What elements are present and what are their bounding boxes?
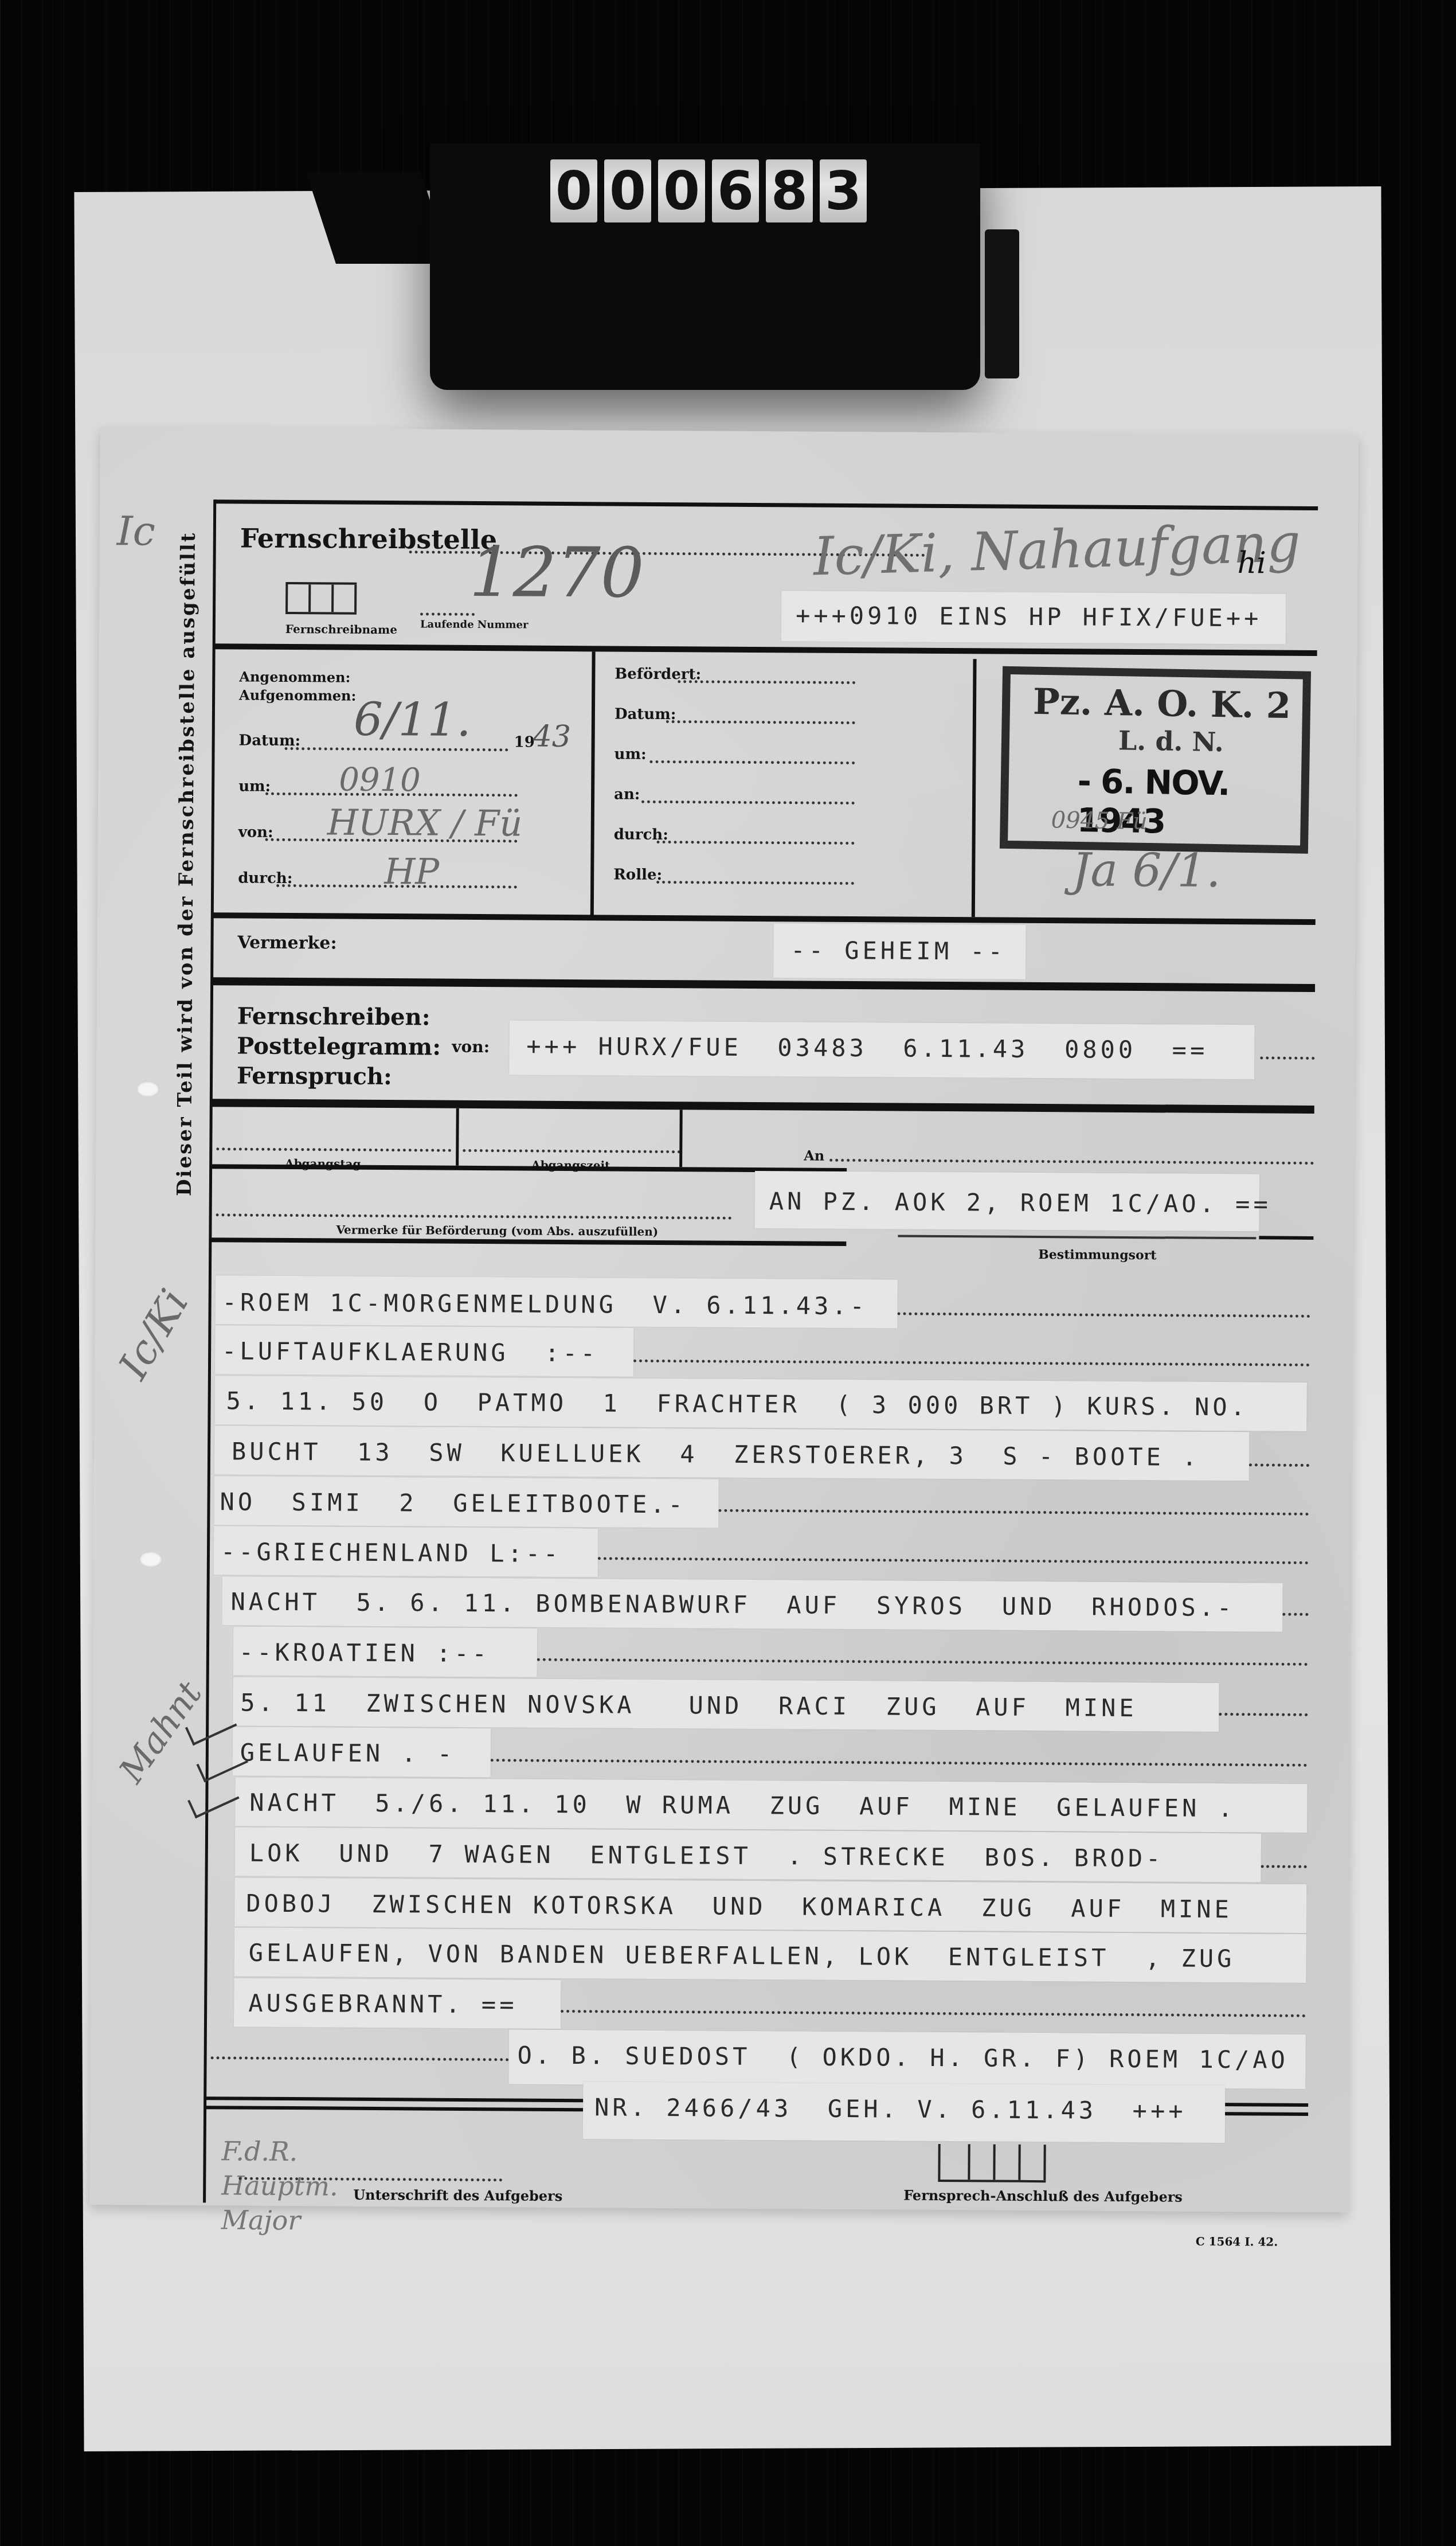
rule bbox=[211, 1099, 1314, 1114]
handwritten-initials: hi bbox=[1237, 546, 1266, 580]
dotted-line bbox=[1249, 1463, 1309, 1467]
form-left-rule bbox=[203, 499, 216, 2203]
margin-annotation-ic: Ic bbox=[117, 507, 155, 555]
fernsprech-label: Fernsprech-Anschluß des Aufgebers bbox=[903, 2187, 1183, 2205]
dotted-line bbox=[1282, 1613, 1308, 1616]
vermerke-befoerderung-label: Vermerke für Beförderung (vom Abs. auszu… bbox=[336, 1223, 658, 1239]
body-line: -LUFTAUFKLAERUNG :-- bbox=[222, 1337, 598, 1367]
laufende-nummer-value: 1270 bbox=[469, 533, 644, 614]
forward-an-field bbox=[641, 800, 855, 805]
fernspruch-label: Fernspruch: bbox=[237, 1061, 441, 1092]
punch-hole bbox=[139, 1551, 162, 1567]
body-line: DOBOJ ZWISCHEN KOTORSKA UND KOMARICA ZUG… bbox=[246, 1889, 1232, 1924]
received-labels: Angenommen: Aufgenommen: bbox=[239, 667, 357, 705]
abgangstag-field bbox=[216, 1147, 451, 1152]
rule bbox=[590, 651, 596, 915]
rule bbox=[679, 1110, 683, 1167]
angenommen-label: Angenommen: bbox=[239, 667, 356, 686]
an-field bbox=[829, 1159, 1314, 1165]
handwritten-signature: F.d.R. Hauptm. Major bbox=[221, 2134, 336, 2237]
dotted-line bbox=[898, 1313, 1310, 1318]
datum-field bbox=[285, 747, 508, 751]
dotted-line bbox=[420, 612, 475, 616]
rule bbox=[214, 499, 1318, 510]
year-prefix: 19 bbox=[514, 733, 535, 751]
rule bbox=[214, 643, 1317, 656]
addressee-line: AN PZ. AOK 2, ROEM 1C/AO. == bbox=[769, 1187, 1271, 1218]
fernschreiben-label: Fernschreiben: bbox=[237, 1001, 441, 1032]
sender-von-label: von: bbox=[452, 1037, 490, 1056]
body-line: BUCHT 13 SW KUELLUEK 4 ZERSTOERER, 3 S -… bbox=[232, 1437, 1200, 1471]
durch-value: HP bbox=[384, 850, 439, 893]
year-value: 43 bbox=[533, 720, 572, 754]
body-line: NO SIMI 2 GELEITBOOTE.- bbox=[220, 1487, 686, 1518]
befoerdert-field bbox=[678, 680, 855, 684]
unterschrift-label: Unterschrift des Aufgebers bbox=[353, 2186, 562, 2204]
body-line: -ROEM 1C-MORGENMELDUNG V. 6.11.43.- bbox=[222, 1288, 868, 1320]
vermerke-befoerderung-field bbox=[216, 1213, 732, 1219]
handwritten-routing: Ic/Ki, Nahaufgang bbox=[812, 512, 1301, 587]
sender-line: +++ HURX/FUE 03483 6.11.43 0800 == bbox=[526, 1032, 1208, 1064]
rule bbox=[210, 1164, 847, 1173]
forward-durch-field bbox=[657, 841, 855, 845]
rule bbox=[898, 1235, 1256, 1240]
teletype-form: Ic Dieser Teil wird von der Fernschreibs… bbox=[89, 427, 1359, 2212]
rule bbox=[456, 1108, 459, 1166]
margin-vertical-note: Dieser Teil wird von der Fernschreibstel… bbox=[173, 531, 200, 1196]
stamp-office: L. d. N. bbox=[1118, 725, 1224, 757]
dotted-line bbox=[491, 1759, 1308, 1767]
forward-rolle-field bbox=[656, 881, 854, 885]
aufgenommen-label: Aufgenommen: bbox=[239, 686, 356, 705]
body-line: LOK UND 7 WAGEN ENTGLEIST . STRECKE BOS.… bbox=[249, 1839, 1164, 1873]
forward-rolle-label: Rolle: bbox=[613, 866, 662, 884]
forward-um-label: um: bbox=[614, 745, 646, 763]
um-value: 0910 bbox=[339, 762, 421, 799]
form-number: C 1564 I. 42. bbox=[1196, 2235, 1278, 2249]
counter-knob bbox=[985, 229, 1019, 378]
body-line: AUSGEBRANNT. == bbox=[248, 1989, 518, 2019]
dotted-line bbox=[718, 1509, 1309, 1516]
rule bbox=[972, 659, 977, 917]
rule bbox=[1259, 1236, 1313, 1240]
fernschreibname-label: Fernschreibname bbox=[285, 622, 397, 636]
posttelegramm-label: Posttelegramm: bbox=[237, 1031, 441, 1062]
classification-geheim: -- GEHEIM -- bbox=[790, 936, 1006, 965]
fernschreibname-boxes bbox=[285, 582, 357, 615]
body-line: GELAUFEN . - bbox=[240, 1739, 456, 1768]
dotted-line bbox=[561, 2010, 1306, 2017]
bestimmungsort-label: Bestimmungsort bbox=[1038, 1247, 1156, 1263]
body-line: 5. 11 ZWISCHEN NOVSKA UND RACI ZUG AUF M… bbox=[240, 1689, 1137, 1723]
punch-hole bbox=[136, 1081, 159, 1097]
message-type-labels: Fernschreiben: Posttelegramm: Fernspruch… bbox=[237, 1001, 441, 1092]
dotted-line bbox=[633, 1360, 1310, 1366]
an-label: An bbox=[804, 1147, 824, 1164]
forward-an-label: an: bbox=[614, 786, 640, 803]
stamp-handwritten-note: Ja 6/1. bbox=[1072, 843, 1221, 897]
originator-line: O. B. SUEDOST ( OKDO. H. GR. F) ROEM 1C/… bbox=[518, 2041, 1289, 2073]
dotted-line bbox=[537, 1658, 1308, 1666]
margin-annotation-ic-ki: Ic/Ki bbox=[109, 1282, 198, 1387]
rule bbox=[212, 912, 1316, 925]
body-line: GELAUFEN, VON BANDEN UEBERFALLEN, LOK EN… bbox=[249, 1939, 1235, 1973]
dotted-line bbox=[211, 2056, 509, 2061]
dotted-line bbox=[1260, 1056, 1314, 1060]
forward-datum-field bbox=[666, 720, 855, 724]
vermerke-label: Vermerke: bbox=[237, 932, 336, 953]
check-mark bbox=[197, 1744, 249, 1782]
counter-digit: 8 bbox=[766, 159, 813, 222]
frame-counter: 0 0 0 6 8 3 bbox=[550, 159, 867, 222]
dotted-line bbox=[1261, 1865, 1307, 1868]
header-title: Fernschreibstelle bbox=[240, 522, 498, 555]
body-line: --KROATIEN :-- bbox=[239, 1638, 490, 1668]
counter-digit: 0 bbox=[658, 159, 705, 222]
counter-digit: 6 bbox=[712, 159, 759, 222]
stamp-unit: Pz. A. O. K. 2 bbox=[1033, 681, 1291, 727]
counter-digit: 0 bbox=[604, 159, 651, 222]
counter-digit: 3 bbox=[820, 159, 867, 222]
body-line: --GRIECHENLAND L:-- bbox=[221, 1537, 562, 1568]
dotted-line bbox=[598, 1557, 1309, 1564]
laufende-nummer-label: Laufende Nummer bbox=[420, 618, 529, 631]
datum-value: 6/11. bbox=[354, 693, 472, 747]
rule bbox=[210, 1237, 846, 1246]
stamp-time: 0945 Fü bbox=[1051, 807, 1148, 835]
dotted-line bbox=[1219, 1713, 1308, 1716]
phone-number-boxes[interactable] bbox=[938, 2144, 1046, 2182]
check-mark bbox=[187, 1780, 240, 1818]
reference-line: NR. 2466/43 GEH. V. 6.11.43 +++ bbox=[594, 2093, 1187, 2125]
teletype-header: +++0910 EINS HP HFIX/FUE++ bbox=[796, 601, 1262, 632]
von-value: HURX / Fü bbox=[327, 801, 523, 844]
forward-um-field bbox=[649, 760, 855, 764]
receipt-stamp: Pz. A. O. K. 2 L. d. N. - 6. NOV. 1943 0… bbox=[1000, 666, 1311, 854]
abgangszeit-field bbox=[463, 1149, 680, 1153]
counter-digit: 0 bbox=[550, 159, 597, 222]
rule bbox=[212, 977, 1315, 992]
